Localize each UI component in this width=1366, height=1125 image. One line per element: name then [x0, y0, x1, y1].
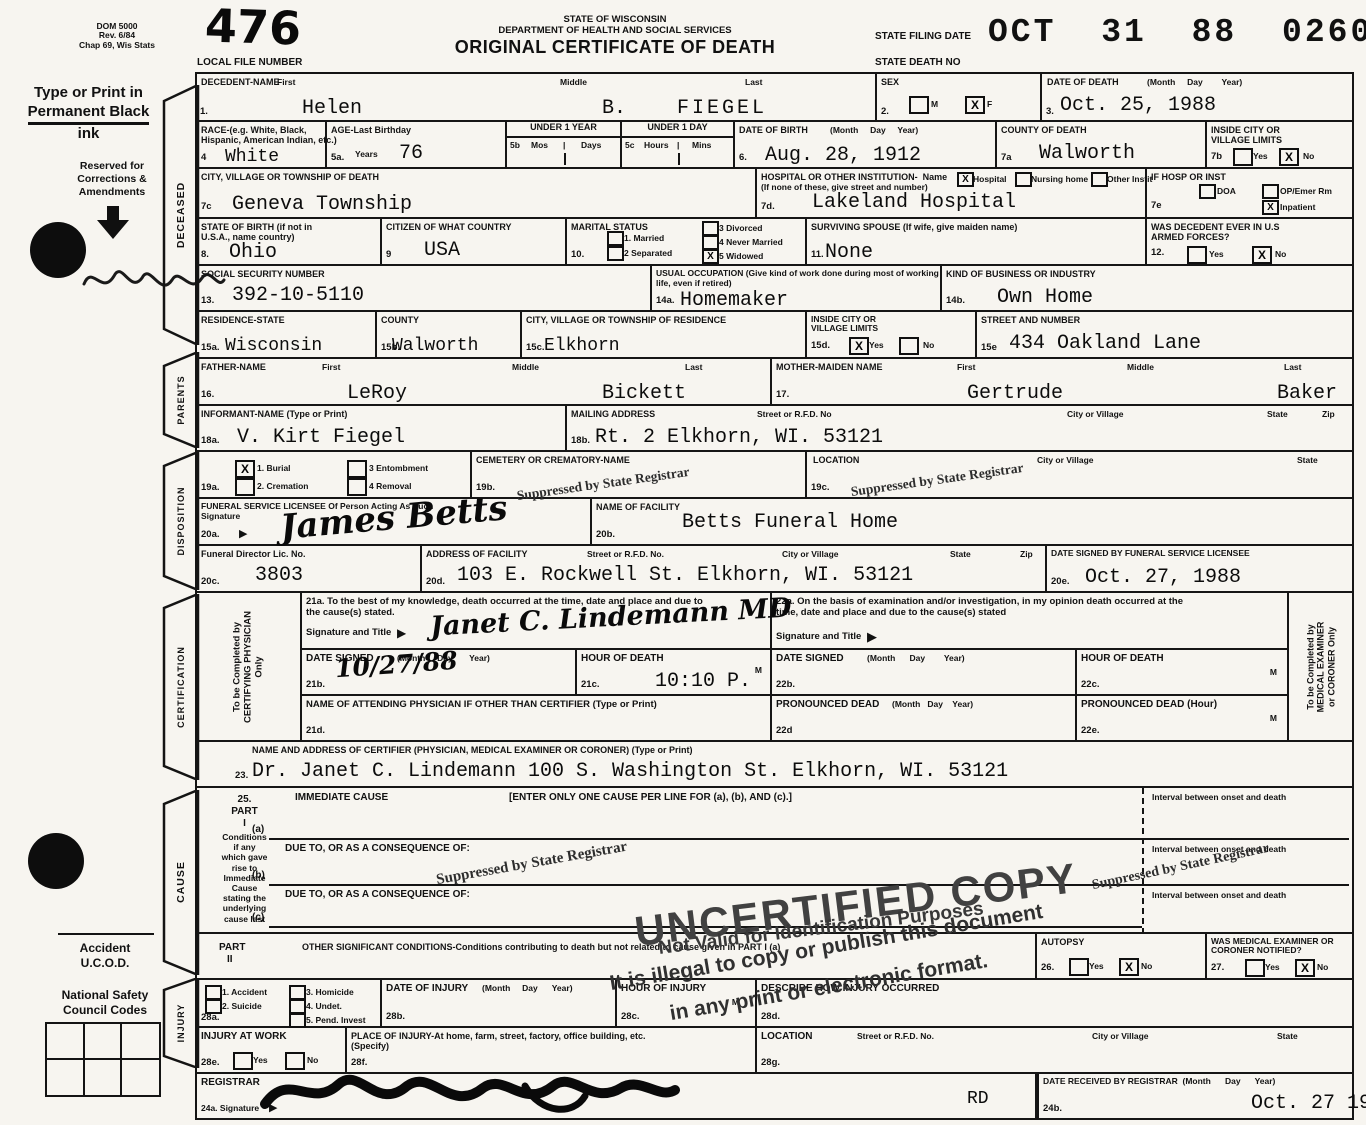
field-21c: HOUR OF DEATH 21c. 10:10 P. M [577, 650, 772, 696]
conditions-line: Immediate [197, 873, 292, 883]
field-number: 15d. [811, 340, 830, 351]
field-number: 8. [201, 249, 209, 260]
checkbox-other-instit [1091, 172, 1108, 187]
band-label-deceased: DECEASED [175, 182, 187, 248]
field-date-of-death: DATE OF DEATH (Month Day Year) 3. Oct. 2… [1042, 74, 1354, 122]
place-of-injury-label: PLACE OF INJURY-At home, farm, street, f… [351, 1031, 646, 1042]
field-number: 9 [386, 249, 391, 260]
field-number: 25. [197, 794, 292, 806]
field-number: 28b. [386, 1011, 405, 1022]
field-22b: DATE SIGNED (Month Day Year) 22b. [772, 650, 1077, 696]
race-label-1: RACE-(e.g. White, Black, [201, 125, 307, 135]
checkbox-hospital: X [957, 172, 974, 187]
certify-text-2: time, date and place and due to the caus… [776, 607, 1006, 618]
checkbox-armed-no: X [1252, 246, 1272, 264]
field-number: 15a. [201, 342, 220, 353]
checkbox-me-no: X [1295, 959, 1315, 977]
me-notified-label2: CORONER NOTIFIED? [1211, 946, 1302, 956]
decedent-first-value: Helen [302, 99, 362, 119]
state-sublabel: State [950, 550, 971, 559]
part1-numeral: I [197, 818, 292, 830]
days-label: Days [581, 141, 601, 150]
spouse-label: SURVIVING SPOUSE (If wife, give maiden n… [811, 222, 1017, 232]
county-of-death-value: Walworth [1039, 144, 1135, 164]
other-instit-label: Other Instit [1107, 174, 1152, 184]
instruction-line1: Type or Print in [6, 84, 171, 103]
field-number: 15c. [526, 342, 545, 353]
checkbox-cremation [235, 478, 255, 496]
middle-sublabel: Middle [560, 78, 587, 87]
date-sublabel: (Month Day Year) [1147, 78, 1242, 87]
limits-label-2: VILLAGE LIMITS [1211, 135, 1282, 145]
field-number: 18a. [201, 435, 220, 446]
residence-limits-label2: VILLAGE LIMITS [811, 324, 878, 334]
nsc-label: National Safety Council Codes [35, 988, 175, 1018]
street-label: STREET AND NUMBER [981, 315, 1080, 325]
field-number: 7a [1001, 152, 1012, 163]
occupation-value: Homemaker [680, 291, 788, 311]
occupation-label2: life, even if retired) [656, 279, 732, 289]
field-number: 5a. [331, 152, 344, 163]
field-inside-limits-7b: INSIDE CITY OR VILLAGE LIMITS 7b Yes X N… [1207, 122, 1354, 169]
department-name: DEPARTMENT OF HEALTH AND SOCIAL SERVICES [430, 25, 800, 36]
signature-title-label: Signature and Title [306, 627, 391, 638]
decedent-name-label: DECEDENT-NAME [201, 77, 280, 87]
under-1-day-label: UNDER 1 DAY [622, 122, 733, 138]
mos-label: Mos [531, 141, 548, 150]
citizen-label: CITIZEN OF WHAT COUNTRY [386, 222, 512, 232]
date-sublabel: (Month Day Year) [482, 984, 573, 993]
reserved-line3: Amendments [52, 186, 172, 199]
accident-label: 1. Accident [222, 987, 267, 997]
dob-value: Aug. 28, 1912 [765, 146, 921, 166]
date-sublabel: (Month Day Year) [1183, 1076, 1276, 1086]
date-signed-label: DATE SIGNED BY FUNERAL SERVICE LICENSEE [1051, 549, 1250, 559]
divorced-label: 3 Divorced [719, 223, 762, 233]
meridiem-m: M [1270, 714, 1277, 723]
date-sublabel: (Month Day Year) [867, 654, 965, 663]
registrar-signature-scribble [255, 1062, 685, 1120]
specify-label: (Specify) [351, 1041, 389, 1052]
field-certifier: NAME AND ADDRESS OF CERTIFIER (PHYSICIAN… [197, 742, 1354, 788]
state-filing-date-value: OCT 31 88 026094 [988, 14, 1366, 51]
field-ssn: SOCIAL SECURITY NUMBER 13. 392-10-5110 [197, 266, 652, 312]
autopsy-label: AUTOPSY [1041, 937, 1084, 947]
field-lic-no: Funeral Director Lic. No. 20c. 3803 [197, 546, 422, 593]
field-city-of-death: CITY, VILLAGE OR TOWNSHIP OF DEATH 7c Ge… [197, 169, 757, 219]
death-certificate-page: { "colors":{"paper":"#f7f5f0","ink":"#11… [0, 0, 1366, 1125]
rd-value: RD [967, 1090, 989, 1108]
street-sublabel: Street or R.F.D. No [757, 410, 832, 419]
field-facility-name: NAME OF FACILITY 20b. Betts Funeral Home [592, 499, 1354, 546]
checkbox-accident [205, 985, 222, 1000]
divider [58, 933, 154, 935]
city-sublabel: City or Village [1067, 410, 1124, 419]
field-number: 21a. [306, 596, 325, 607]
yes-label: Yes [1209, 249, 1224, 259]
field-number: 22c. [1081, 679, 1100, 690]
field-under-1-year: UNDER 1 YEAR 5b Mos | Days [507, 122, 622, 169]
separated-label: 2 Separated [624, 248, 672, 258]
field-number: 28g. [761, 1057, 780, 1068]
state-sublabel: State [1277, 1032, 1298, 1041]
band-line: Only [254, 611, 265, 723]
ink-blob [28, 833, 84, 889]
date-received-value: Oct. 27 1988 [1251, 1094, 1366, 1114]
armed-forces-label1: WAS DECEDENT EVER IN U.S [1151, 222, 1280, 232]
accident-ucod: Accident U.C.O.D. [40, 941, 170, 971]
date-of-death-label: DATE OF DEATH [1047, 77, 1119, 87]
band-label-cause: CAUSE [175, 861, 187, 903]
entombment-label: 3 Entombment [369, 463, 428, 473]
field-number: 7b [1211, 151, 1222, 162]
form-header: STATE OF WISCONSIN DEPARTMENT OF HEALTH … [430, 14, 800, 59]
cause-line-a [269, 838, 1349, 840]
checkbox-pending [289, 1013, 306, 1028]
field-sex: SEX 2. M X F [877, 74, 1042, 122]
field-residence-county: COUNTY 15b. Walworth [377, 312, 522, 359]
dob-label: DATE OF BIRTH [739, 125, 808, 135]
form-code-line3: Chap 69, Wis Stats [52, 41, 182, 50]
residence-city-label: CITY, VILLAGE OR TOWNSHIP OF RESIDENCE [526, 315, 726, 325]
citizen-value: USA [424, 241, 460, 261]
field-number: 20e. [1051, 576, 1070, 587]
checkbox-widowed: X [702, 249, 719, 264]
cause-line-b-label: (b) [252, 870, 265, 882]
checkbox-limits-yes [1233, 148, 1253, 166]
facility-value: Betts Funeral Home [682, 513, 898, 533]
conditions-line: rise to [197, 863, 292, 873]
interval-label-3: Interval between onset and death [1152, 891, 1286, 900]
state-name: STATE OF WISCONSIN [430, 14, 800, 25]
field-residence-limits: INSIDE CITY OR VILLAGE LIMITS 15d. X Yes… [807, 312, 977, 359]
checkbox-limits-no: X [1279, 148, 1299, 166]
doa-label: DOA [1217, 186, 1236, 196]
institution-label: HOSPITAL OR OTHER INSTITUTION- Name [761, 172, 947, 182]
zip-sublabel: Zip [1020, 550, 1033, 559]
city-sublabel: City or Village [1037, 456, 1094, 465]
field-number: 13. [201, 295, 214, 306]
informant-label: INFORMANT-NAME (Type or Print) [201, 409, 347, 419]
certifying-physician-band-text: To be Completed by CERTIFYING PHYSICIAN … [233, 611, 266, 723]
field-injury-date: DATE OF INJURY (Month Day Year) 28b. [382, 980, 617, 1028]
never-married-label: 4 Never Married [719, 237, 783, 247]
field-22c: HOUR OF DEATH 22c. M [1077, 650, 1289, 696]
yes-label: Yes [1265, 962, 1280, 972]
interval-label-1: Interval between onset and death [1152, 793, 1286, 802]
date-signed-label: DATE SIGNED [776, 653, 844, 665]
no-label: No [1275, 249, 1286, 259]
cause-line-a-label: (a) [252, 824, 264, 836]
hour-of-death-label: HOUR OF DEATH [581, 653, 664, 665]
field-number: 4 [201, 152, 206, 163]
field-number: 20c. [201, 576, 220, 587]
reserved-note: Reserved for Corrections & Amendments [52, 160, 172, 199]
field-residence-state: RESIDENCE-STATE 15a. Wisconsin [197, 312, 377, 359]
field-number: 10. [571, 249, 584, 260]
field-armed-forces: WAS DECEDENT EVER IN U.S ARMED FORCES? 1… [1147, 219, 1354, 266]
field-occupation: USUAL OCCUPATION (Give kind of work done… [652, 266, 942, 312]
mins-label: Mins [692, 141, 711, 150]
grid-line [47, 1058, 159, 1060]
hospital-label: Hospital [973, 174, 1007, 184]
certify-text-2: the cause(s) stated. [306, 607, 395, 618]
state-of-birth-label1: STATE OF BIRTH (if not in [201, 222, 312, 232]
cemetery-label: CEMETERY OR CREMATORY-NAME [476, 455, 630, 465]
down-arrow-icon [95, 206, 131, 240]
date-of-death-value: Oct. 25, 1988 [1060, 96, 1216, 116]
grid-line [83, 1024, 85, 1095]
field-number: 7e [1151, 200, 1162, 211]
divider-bar: | [563, 141, 565, 150]
widowed-label: 5 Widowed [719, 251, 763, 261]
field-father-name: FATHER-NAME First Middle Last 16. LeRoy … [197, 359, 772, 406]
field-number: 17. [776, 389, 789, 400]
op-emer-label: OP/Emer Rm [1280, 186, 1332, 196]
pronounced-dead-label: PRONOUNCED DEAD [776, 699, 879, 711]
field-22d: PRONOUNCED DEAD (Month Day Year) 22d [772, 696, 1077, 742]
father-label: FATHER-NAME [201, 362, 266, 372]
field-number: 20d. [426, 576, 445, 587]
residence-city-value: Elkhorn [544, 337, 620, 355]
band-line: To be Completed by [1305, 622, 1315, 713]
cremation-label: 2. Cremation [257, 481, 309, 491]
field-number: 11. [811, 249, 824, 260]
signature-pointer-icon: ▶ [239, 527, 247, 540]
checkbox-removal [347, 478, 367, 496]
field-number: 6. [739, 152, 747, 163]
field-number: 1. [200, 106, 208, 117]
field-number: 22d [776, 725, 792, 736]
sex-label: SEX [881, 77, 899, 87]
field-number: 19c. [811, 482, 830, 493]
cause-line-c-label: (c) [252, 912, 264, 924]
field-injury-manner: 1. Accident 2. Suicide 3. Homicide 4. Un… [197, 980, 382, 1028]
pending-label: 5. Pend. Invest [306, 1015, 366, 1025]
decedent-last-value: FIEGEL [677, 99, 767, 119]
street-value: 434 Oakland Lane [1009, 334, 1201, 354]
decedent-middle-value: B. [602, 99, 626, 119]
county-of-death-label: COUNTY OF DEATH [1001, 125, 1087, 135]
residence-county-value: Walworth [392, 337, 478, 355]
state-sublabel: State [1267, 410, 1288, 419]
reserved-line2: Corrections & [52, 173, 172, 186]
ucod-label: U.C.O.D. [40, 956, 170, 971]
field-number: 22e. [1081, 725, 1100, 736]
date-sublabel: (Month Day Year) [892, 700, 973, 709]
checkbox-autopsy-no: X [1119, 958, 1139, 976]
conditions-line: which gave [197, 852, 292, 862]
checkbox-autopsy-yes [1069, 958, 1089, 976]
inpatient-label: Inpatient [1280, 202, 1315, 212]
field-injury-location: LOCATION Street or R.F.D. No. City or Vi… [757, 1028, 1354, 1074]
checkbox-doa [1199, 184, 1216, 199]
conditions-line: stating the [197, 893, 292, 903]
checkbox-never-married [702, 235, 719, 250]
injury-at-work-label: INJURY AT WORK [201, 1031, 287, 1043]
field-facility-address: ADDRESS OF FACILITY Street or R.F.D. No.… [422, 546, 1047, 593]
if-hosp-label: IF HOSP OR INST [1151, 172, 1226, 182]
instruction-line2: Permanent Black [28, 103, 150, 125]
field-number: 21c. [581, 679, 600, 690]
state-death-no-label: STATE DEATH NO [875, 57, 961, 69]
field-number: 21d. [306, 725, 325, 736]
under-1-year-label: UNDER 1 YEAR [507, 122, 620, 138]
mother-first-value: Gertrude [967, 384, 1063, 404]
last-sublabel: Last [745, 78, 762, 87]
local-file-number-label: LOCAL FILE NUMBER [197, 57, 302, 69]
field-number: 28a. [201, 1012, 220, 1023]
field-state-of-birth: STATE OF BIRTH (if not in U.S.A., name c… [197, 219, 382, 266]
field-citizen: CITIZEN OF WHAT COUNTRY 9 USA [382, 219, 567, 266]
due-to-label-1: DUE TO, OR AS A CONSEQUENCE OF: [285, 843, 470, 855]
injury-date-label: DATE OF INJURY [386, 983, 468, 995]
location-label: LOCATION [813, 455, 859, 465]
lic-label: Funeral Director Lic. No. [201, 549, 306, 559]
field-informant: INFORMANT-NAME (Type or Print) 18a. V. K… [197, 406, 567, 452]
field-number: 28d. [761, 1011, 780, 1022]
field-number: 20a. [201, 529, 220, 540]
no-label: No [1317, 962, 1328, 972]
checkbox-armed-yes [1187, 246, 1207, 264]
divider-tick [564, 153, 566, 165]
field-number: 23. [235, 770, 248, 781]
street-sublabel: Street or R.F.D. No. [857, 1032, 934, 1041]
field-disposition-method: X 1. Burial 2. Cremation 3 Entombment 4 … [197, 452, 472, 499]
accident-label: Accident [40, 941, 170, 956]
removal-label: 4 Removal [369, 481, 412, 491]
no-label: No [1141, 961, 1152, 971]
institution-value: Lakeland Hospital [812, 193, 1016, 213]
field-age: AGE-Last Birthday 5a. Years 76 [327, 122, 507, 169]
state-filing-date-label: STATE FILING DATE [875, 31, 971, 43]
city-of-death-label: CITY, VILLAGE OR TOWNSHIP OF DEATH [201, 172, 379, 182]
last-sublabel: Last [1284, 363, 1301, 372]
checkbox-me-yes [1245, 959, 1265, 977]
field-number: 7d. [761, 201, 775, 212]
field-number: 3. [1046, 106, 1054, 117]
sex-female-label: F [987, 99, 992, 109]
middle-sublabel: Middle [1127, 363, 1154, 372]
date-received-label: DATE RECEIVED BY REGISTRAR [1043, 1076, 1178, 1086]
ssn-value: 392-10-5110 [232, 286, 364, 306]
field-number: 12. [1151, 247, 1164, 258]
facility-address-value: 103 E. Rockwell St. Elkhorn, WI. 53121 [457, 566, 913, 586]
first-sublabel: First [957, 363, 975, 372]
form-code: DOM 5000 Rev. 6/84 Chap 69, Wis Stats [52, 22, 182, 50]
limits-label-1: INSIDE CITY OR [1211, 125, 1280, 135]
checkbox-divorced [702, 221, 719, 236]
first-sublabel: First [322, 363, 340, 372]
conditions-line: cause last [197, 914, 292, 924]
mother-label: MOTHER-MAIDEN NAME [776, 362, 883, 372]
part1-label: PART [197, 806, 292, 818]
checkbox-inpatient: X [1262, 200, 1279, 215]
field-street-number: STREET AND NUMBER 15e 434 Oakland Lane [977, 312, 1354, 359]
age-value: 76 [399, 144, 423, 164]
checkbox-undetermined [289, 999, 306, 1014]
hour-of-death-value: 10:10 P. [655, 672, 751, 692]
field-autopsy: AUTOPSY 26. Yes X No [1037, 934, 1207, 980]
yes-label: Yes [869, 340, 884, 350]
field-21d: NAME OF ATTENDING PHYSICIAN IF OTHER THA… [302, 696, 772, 742]
band-line: MEDICAL EXAMINER [1316, 622, 1326, 713]
band-line: or CORONER Only [1326, 622, 1336, 713]
last-sublabel: Last [685, 363, 702, 372]
band-label-certification: CERTIFICATION [176, 646, 186, 728]
checkbox-married [607, 231, 624, 246]
industry-label: KIND OF BUSINESS OR INDUSTRY [946, 269, 1096, 279]
certifier-value: Dr. Janet C. Lindemann 100 S. Washington… [252, 762, 1008, 782]
residence-state-value: Wisconsin [225, 337, 322, 355]
field-number: 22b. [776, 679, 795, 690]
industry-value: Own Home [997, 288, 1093, 308]
signature-label: Signature [201, 512, 240, 522]
field-if-hosp: IF HOSP OR INST DOA OP/Emer Rm 7e X Inpa… [1147, 169, 1354, 219]
mailing-value: Rt. 2 Elkhorn, WI. 53121 [595, 428, 883, 448]
pronounced-dead-hour-label: PRONOUNCED DEAD (Hour) [1081, 699, 1217, 711]
spouse-value: None [825, 243, 873, 263]
no-label: No [923, 340, 934, 350]
race-value: White [225, 148, 279, 166]
city-of-death-value: Geneva Township [232, 195, 412, 215]
city-sublabel: City or Village [782, 550, 839, 559]
checkbox-burial: X [235, 460, 255, 478]
facility-address-label: ADDRESS OF FACILITY [426, 549, 528, 559]
field-mother-name: MOTHER-MAIDEN NAME First Middle Last 17.… [772, 359, 1354, 406]
signature-pointer-icon: ▶ [867, 629, 877, 645]
field-race: RACE-(e.g. White, Black, Hispanic, Ameri… [197, 122, 327, 169]
nsc-line2: Council Codes [35, 1003, 175, 1018]
band-label-parents: PARENTS [176, 375, 186, 424]
checkbox-work-yes [233, 1052, 253, 1070]
zip-sublabel: Zip [1322, 410, 1335, 419]
field-industry: KIND OF BUSINESS OR INDUSTRY 14b. Own Ho… [942, 266, 1354, 312]
certify-text-1: On the basis of examination and/or inves… [797, 596, 1183, 607]
field-number: 18b. [571, 435, 590, 446]
field-under-1-day: UNDER 1 DAY 5c Hours | Mins [622, 122, 735, 169]
field-number: 21b. [306, 679, 325, 690]
informant-value: V. Kirt Fiegel [237, 428, 405, 448]
checkbox-entombment [347, 460, 367, 478]
part1-block: 25. PART I Conditions if any which gave … [197, 788, 292, 934]
yes-label: Yes [1089, 961, 1104, 971]
date-signed-value: Oct. 27, 1988 [1085, 568, 1241, 588]
nsc-line1: National Safety [35, 988, 175, 1003]
state-of-birth-value: Ohio [229, 243, 277, 263]
attending-physician-label: NAME OF ATTENDING PHYSICIAN IF OTHER THA… [306, 699, 657, 710]
field-number: 20b. [596, 529, 615, 540]
field-marital-status: MARITAL STATUS 10. 1. Married 2 Separate… [567, 219, 807, 266]
field-number: 5b [510, 141, 520, 150]
checkbox-nursing-home [1015, 172, 1032, 187]
interval-divider [1142, 788, 1144, 934]
field-22e: PRONOUNCED DEAD (Hour) 22e. M [1077, 696, 1289, 742]
checkbox-separated [607, 246, 624, 261]
field-date-of-birth: DATE OF BIRTH (Month Day Year) 6. Aug. 2… [735, 122, 997, 169]
checkbox-residence-limits-no [899, 337, 919, 355]
facility-label: NAME OF FACILITY [596, 502, 680, 512]
burial-label: 1. Burial [257, 463, 291, 473]
nursing-home-label: Nursing home [1031, 174, 1088, 184]
field-number: 7c [201, 201, 212, 212]
sex-male-label: M [931, 99, 938, 109]
undetermined-label: 4. Undet. [306, 1001, 342, 1011]
street-sublabel: Street or R.F.D. No. [587, 550, 664, 559]
years-label: Years [355, 150, 378, 159]
field-number: 24b. [1043, 1103, 1062, 1114]
field-county-of-death: COUNTY OF DEATH 7a Walworth [997, 122, 1207, 169]
